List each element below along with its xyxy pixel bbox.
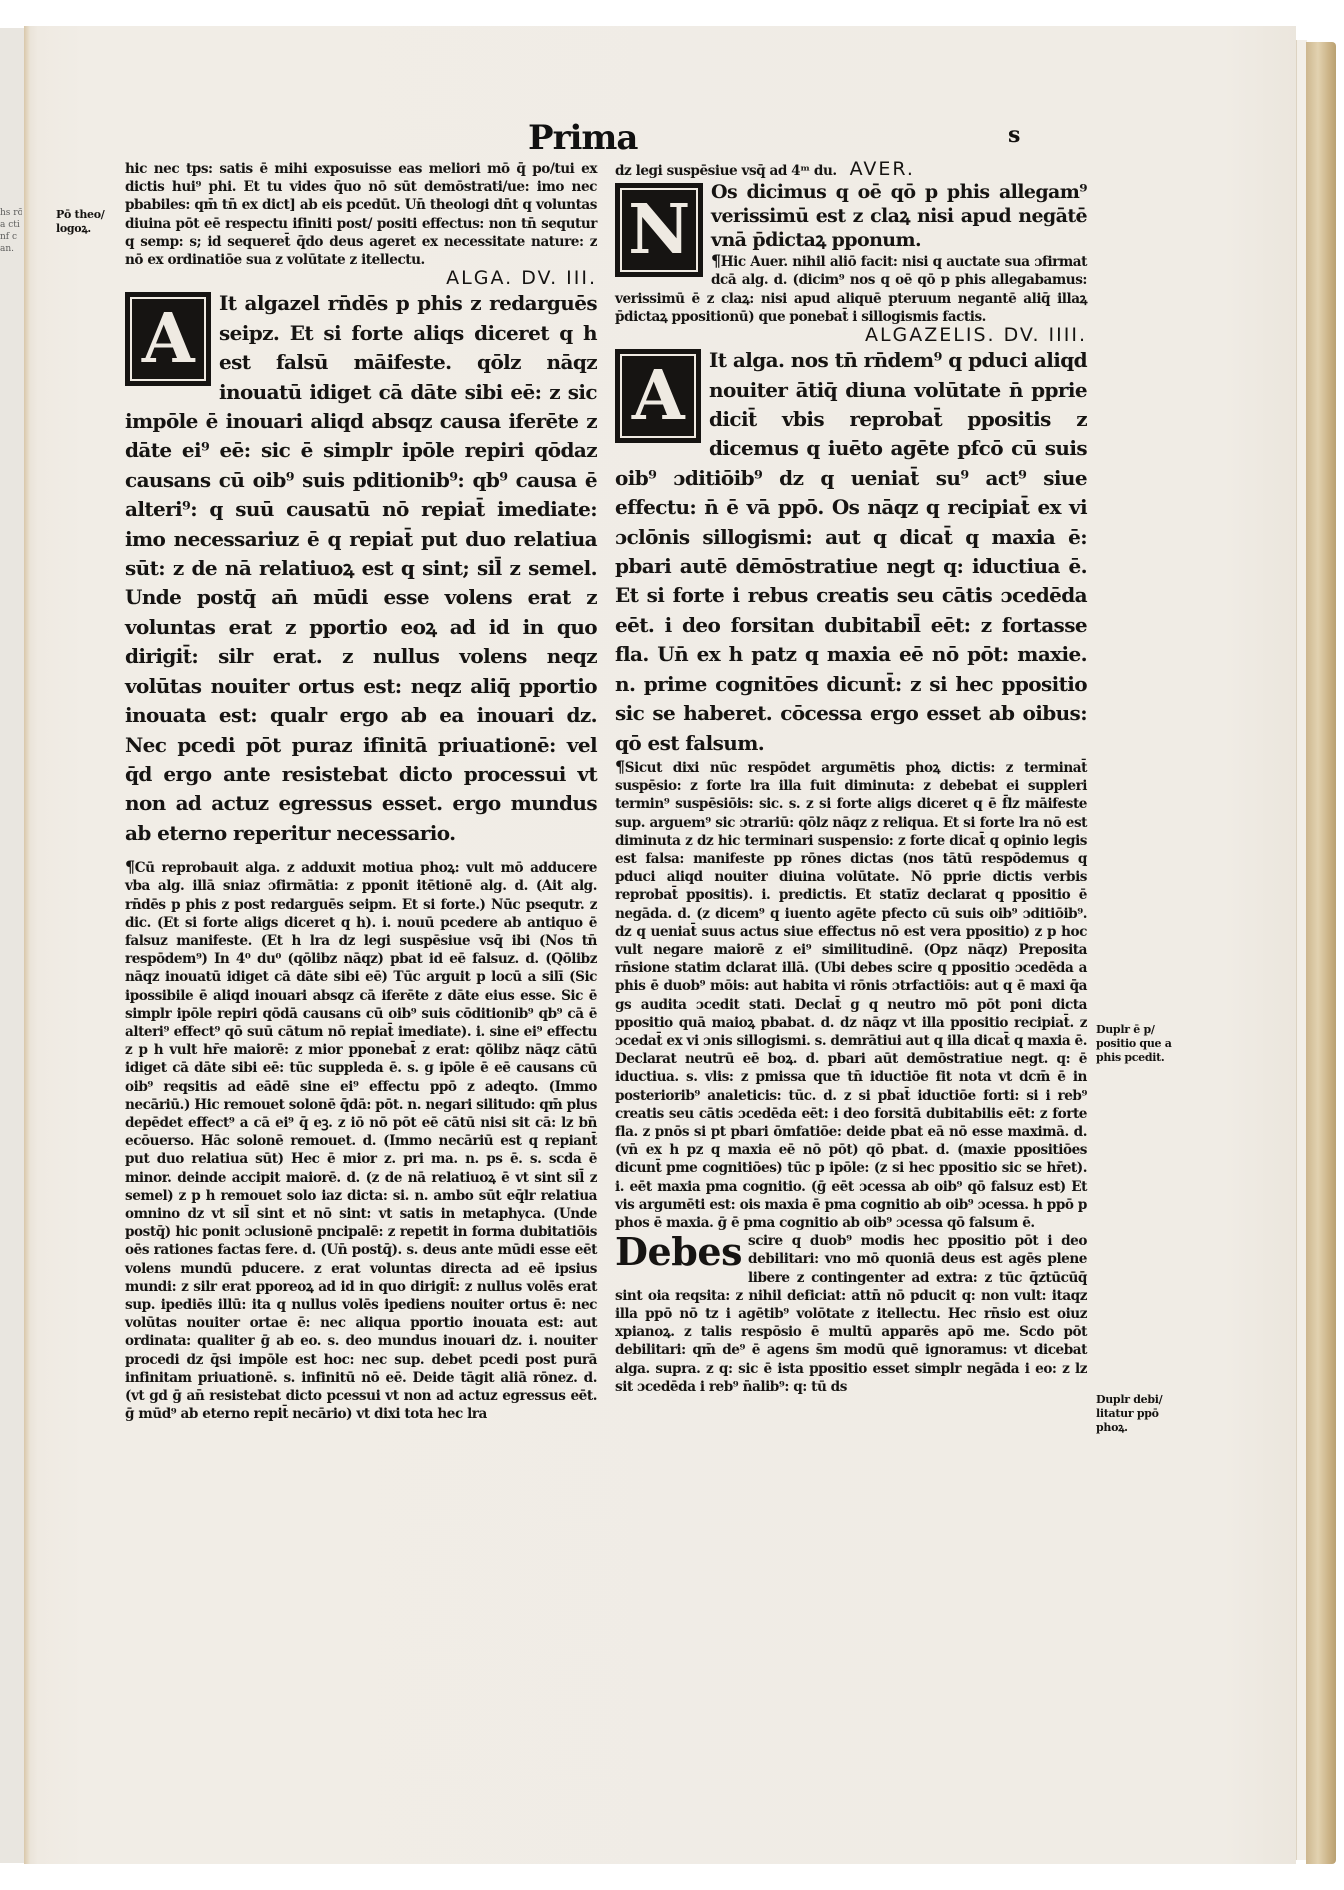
vellum-binding-edge: [1306, 42, 1336, 1864]
text-column-right: dz legi suspēsiue vsq̄ ad 4ᵐ du. AVER. N…: [615, 160, 1087, 1396]
running-title: Prima: [528, 118, 637, 158]
commentary-paragraph: ¶Cū reprobauit alga. z adduxit motiua ph…: [125, 858, 597, 1423]
verso-bleed-text: nf c: [0, 232, 22, 243]
commentary-opening: hic nec tps: satis ē mihi exposuisse eas…: [125, 160, 597, 269]
paragraph-mark-icon: ¶: [711, 251, 721, 270]
gutter-shadow: [24, 26, 30, 1864]
commentary-debes: Debesscire q duob⁹ modis hec ppositio pō…: [615, 1232, 1087, 1396]
section-header-aver: AVER.: [850, 158, 915, 180]
verso-bleed-text: hs rõ: [0, 208, 22, 219]
section-header-alga-du-iii: ALGA. DV. III.: [446, 267, 597, 289]
woodcut-initial-a: A: [615, 349, 701, 443]
marginal-note-duplex-propositio: Duplr ē p/ positio que a phis pcedit.: [1096, 1023, 1206, 1065]
verso-bleed-text: an.: [0, 244, 22, 255]
text-column-left: hic nec tps: satis ē mihi exposuisse eas…: [125, 160, 597, 1423]
display-word-debes: Debes: [615, 1232, 742, 1272]
section-header-algazelis-du-iiii: ALGAZELIS. DV. IIII.: [865, 324, 1087, 346]
woodcut-initial-a: A: [125, 292, 211, 386]
commentary-paragraph: ¶Sicut dixi nūc respōdet argumētis phoꝝ …: [615, 758, 1087, 1232]
paragraph-mark-icon: ¶: [615, 757, 625, 776]
facing-verso-page-edge: hs rõ a cti u nf c an.: [0, 28, 25, 1863]
paragraph-mark-icon: ¶: [125, 857, 135, 876]
marginal-note-duplex-debilitatur: Duplr debi/ litatur ppō phoꝝ.: [1096, 1393, 1206, 1435]
folio-number: s: [1008, 122, 1020, 148]
verso-bleed-text: a cti u: [0, 220, 22, 231]
woodcut-initial-n: N: [615, 183, 703, 277]
aver-header-line: dz legi suspēsiue vsq̄ ad 4ᵐ du. AVER.: [615, 160, 1087, 180]
